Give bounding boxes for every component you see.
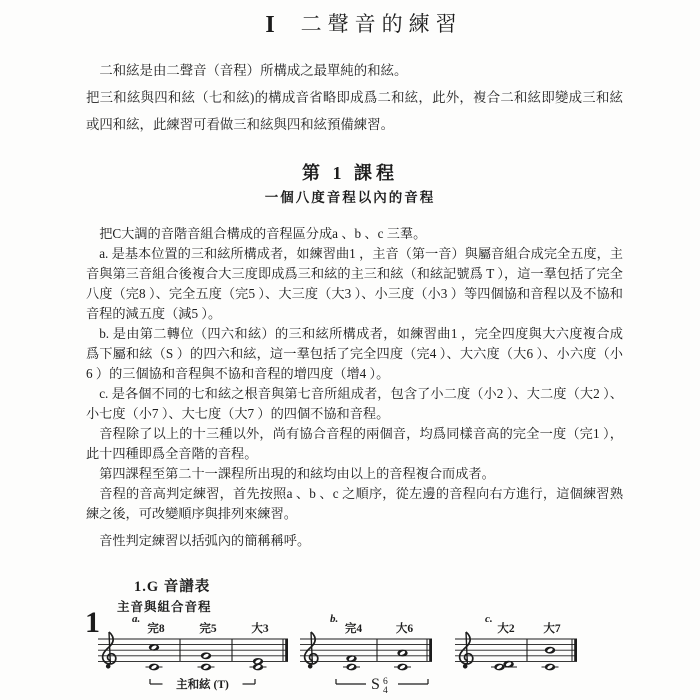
chord-symbol: S — [371, 676, 380, 693]
whole-note-C5 — [149, 644, 159, 651]
final-barline — [285, 639, 288, 661]
whole-note-C4 — [201, 664, 211, 671]
group-letter: b. — [330, 613, 338, 625]
body-paragraph: 把C大調的音階音組合構成的音程區分成a 、b 、c 三羣。 — [86, 224, 623, 244]
staff-systems: a.完8完5大3主和絃 (T)b.完4大6S64c.大2大7 — [0, 575, 700, 700]
lesson-heading: 第 1 課程 — [0, 159, 700, 185]
whole-note-C4 — [545, 664, 555, 671]
body-paragraph: 音性判定練習以括弧內的簡稱稱呼。 — [86, 531, 623, 551]
whole-note-D4 — [503, 661, 513, 668]
chapter-numeral: I — [265, 12, 274, 38]
interval-label: 大2 — [497, 621, 514, 635]
staff-system-b: b.完4大6S64 — [300, 613, 432, 696]
whole-note-C4 — [494, 664, 504, 671]
interval-label: 大7 — [543, 621, 560, 635]
whole-note-B4 — [545, 647, 555, 654]
final-barline — [574, 639, 577, 661]
intro-paragraphs: 二和絃是由二聲音（音程）所構成之最單純的和絃。 把三和絃與四和絃（七和絃)的構成… — [86, 57, 623, 138]
chord-symbol-sub: 4 — [383, 686, 388, 696]
staff-system-c: c.大2大7 — [455, 613, 577, 670]
body-paragraph: a. 是基本位置的三和絃所構成者，如練習曲1 ，主音（第一音）與屬音組合成完全五… — [86, 244, 623, 324]
whole-note-G4 — [201, 652, 211, 659]
whole-note-C4 — [397, 664, 407, 671]
chapter-title-text: 二聲音的練習 — [301, 12, 463, 36]
whole-note-C4 — [149, 664, 159, 671]
body-paragraph: 音程除了以上的十三種以外，尚有協合音程的兩個音，均爲同樣音高的完全一度（完1 ）… — [86, 424, 623, 464]
whole-note-C4 — [346, 664, 356, 671]
whole-note-A4 — [397, 650, 407, 657]
interval-label: 大6 — [396, 621, 413, 635]
body-paragraph: 音程的音高判定練習，首先按照a 、b 、c 之順序，從左邊的音程向右方進行，這個… — [86, 484, 623, 524]
page-title: I二聲音的練習 — [0, 8, 700, 39]
body-paragraph: b. 是由第二轉位（四六和絃）的三和絃所構成者，如練習曲1 ，完全四度與大六度複… — [86, 324, 623, 384]
treble-clef-icon — [463, 664, 468, 669]
whole-note-F4 — [346, 655, 356, 662]
group-letter: a. — [132, 613, 140, 625]
group-letter: c. — [485, 613, 493, 625]
interval-label: 完8 — [147, 621, 164, 635]
interval-label: 完4 — [345, 621, 362, 635]
interval-label: 完5 — [199, 621, 216, 635]
book-page: I二聲音的練習 二和絃是由二聲音（音程）所構成之最單純的和絃。 把三和絃與四和絃… — [0, 0, 700, 700]
intro-paragraph: 把三和絃與四和絃（七和絃)的構成音省略即成爲二和絃，此外，複合二和絃即變成三和絃… — [86, 84, 623, 138]
body-paragraph: c. 是各個不同的七和絃之根音與第七音所組成者，包含了小二度（小2 ）、大二度（… — [86, 384, 623, 424]
staff-system-a: a.完8完5大3主和絃 (T) — [98, 613, 288, 691]
body-paragraph: 第四課程至第二十一課程所出現的和絃均由以上的音程複合而成者。 — [86, 464, 623, 484]
treble-clef-icon — [308, 664, 313, 669]
whole-note-C4 — [253, 664, 263, 671]
lesson-body: 把C大調的音階音組合構成的音程區分成a 、b 、c 三羣。 a. 是基本位置的三… — [86, 224, 623, 551]
intro-paragraph: 二和絃是由二聲音（音程）所構成之最單純的和絃。 — [86, 57, 623, 84]
lesson-subheading: 一個八度音程以內的音程 — [0, 186, 700, 206]
treble-clef-icon — [106, 664, 111, 669]
final-barline — [429, 639, 432, 661]
chord-label: 主和絃 (T) — [176, 677, 229, 691]
interval-label: 大3 — [251, 621, 268, 635]
